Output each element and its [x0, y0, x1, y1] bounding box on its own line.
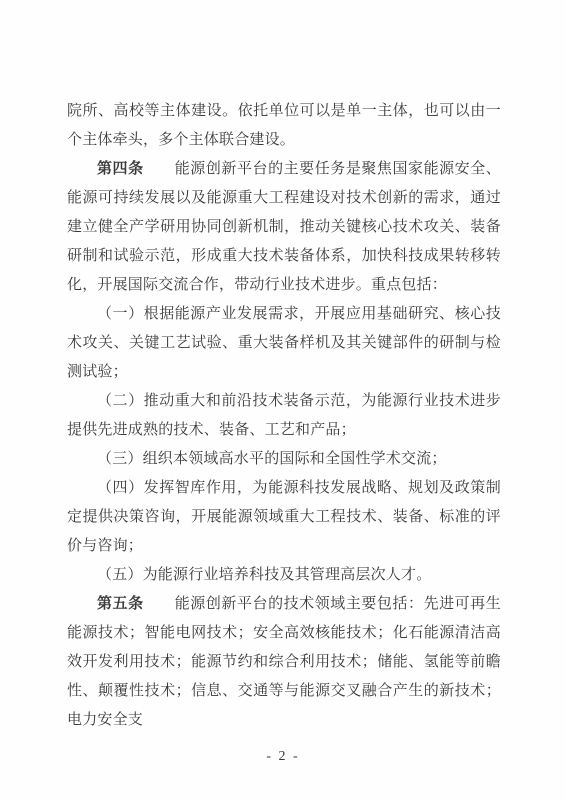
paragraph-text: 能源创新平台的技术领域主要包括：先进可再生能源技术；智能电网技术；安全高效核能技…	[67, 596, 501, 728]
paragraph: （四）发挥智库作用，为能源科技发展战略、规划及政策制定提供决策咨询，开展能源领域…	[67, 474, 501, 561]
clause-number: 第四条	[97, 161, 144, 177]
paragraph-text: 院所、高校等主体建设。依托单位可以是单一主体，也可以由一个主体牵头，多个主体联合…	[67, 103, 501, 148]
paragraph-text: （二）推动重大和前沿技术装备示范，为能源行业技术进步提供先进成熟的技术、装备、工…	[67, 393, 501, 438]
paragraph: 院所、高校等主体建设。依托单位可以是单一主体，也可以由一个主体牵头，多个主体联合…	[67, 97, 501, 155]
paragraph: 第五条 能源创新平台的技术领域主要包括：先进可再生能源技术；智能电网技术；安全高…	[67, 590, 501, 735]
page-body-text: 院所、高校等主体建设。依托单位可以是单一主体，也可以由一个主体牵头，多个主体联合…	[67, 97, 501, 735]
paragraph-text: （三）组织本领域高水平的国际和全国性学术交流；	[97, 451, 447, 467]
clause-number: 第五条	[97, 596, 144, 612]
page-number: - 2 -	[0, 747, 566, 767]
paragraph: （一）根据能源产业发展需求，开展应用基础研究、核心技术攻关、关键工艺试验、重大装…	[67, 300, 501, 387]
paragraph: 第四条 能源创新平台的主要任务是聚焦国家能源安全、能源可持续发展以及能源重大工程…	[67, 155, 501, 300]
paragraph-text: （四）发挥智库作用，为能源科技发展战略、规划及政策制定提供决策咨询，开展能源领域…	[67, 480, 501, 554]
paragraph: （二）推动重大和前沿技术装备示范，为能源行业技术进步提供先进成熟的技术、装备、工…	[67, 387, 501, 445]
paragraph-text: 能源创新平台的主要任务是聚焦国家能源安全、能源可持续发展以及能源重大工程建设对技…	[67, 161, 501, 293]
paragraph: （三）组织本领域高水平的国际和全国性学术交流；	[67, 445, 501, 474]
paragraph-text: （一）根据能源产业发展需求，开展应用基础研究、核心技术攻关、关键工艺试验、重大装…	[67, 306, 501, 380]
paragraph: （五）为能源行业培养科技及其管理高层次人才。	[67, 561, 501, 590]
paragraph-text: （五）为能源行业培养科技及其管理高层次人才。	[97, 567, 431, 583]
document-page: 院所、高校等主体建设。依托单位可以是单一主体，也可以由一个主体牵头，多个主体联合…	[0, 0, 566, 800]
